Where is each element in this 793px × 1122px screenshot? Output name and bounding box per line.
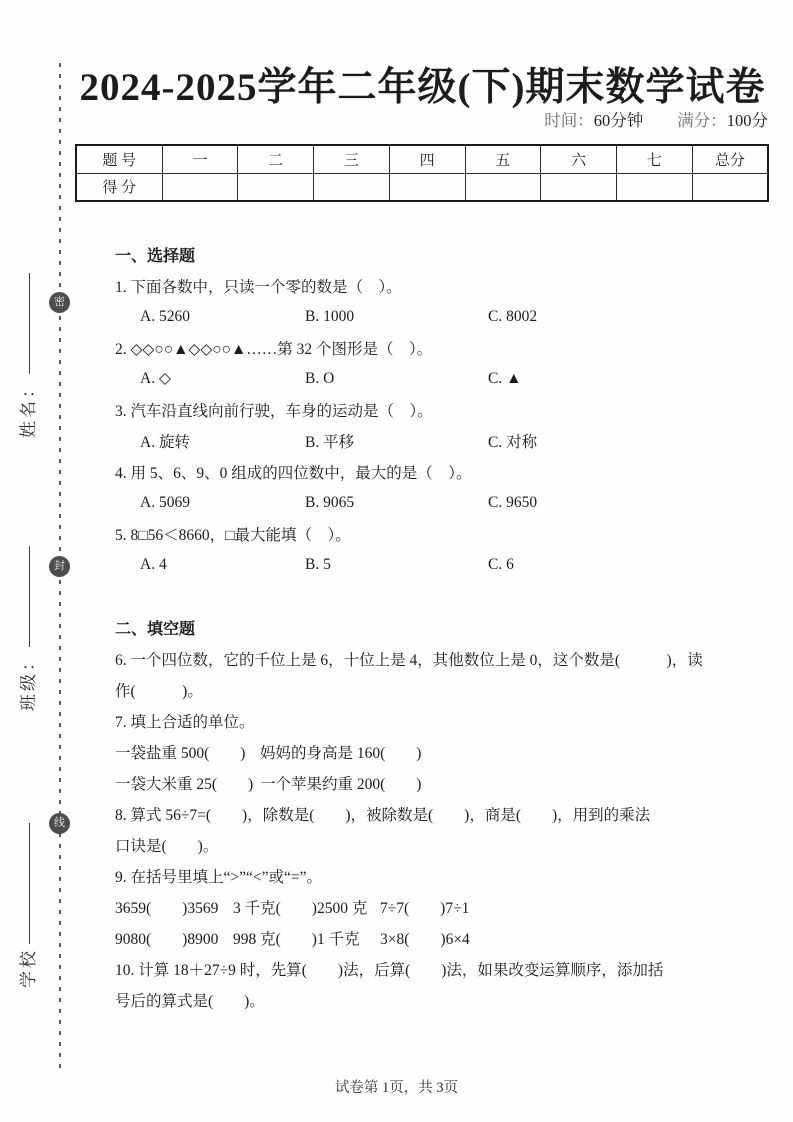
question-8-line2: 口诀是( )。 [115,829,767,860]
header-cell-3: 三 [314,145,390,173]
score-cell [314,173,390,201]
class-label-text: 班级： [14,651,39,711]
header-cell-5: 五 [465,145,541,173]
q2-option-b: B. O [305,370,488,388]
header-cell-question-number: 题 号 [76,145,162,173]
question-10-line1: 10. 计算 18＋27÷9 时，先算( )法，后算( )法，如果改变运算顺序，… [115,953,767,984]
q9-compare-4: 9080( )8900 [115,927,233,949]
question-8-line1: 8. 算式 56÷7=( )，除数是( )，被除数是( )，商是( )，用到的乘… [115,798,767,829]
question-3-text: 3. 汽车沿直线向前行驶，车身的运动是（ ）。 [115,394,767,425]
header-cell-4: 四 [389,145,465,173]
question-9-text: 9. 在括号里填上“>”“<”或“=”。 [115,860,767,891]
seal-char-mi: 密 [49,292,70,313]
question-2-text: 2. ◇◇○○▲◇◇○○▲……第 32 个图形是（ ）。 [115,332,767,363]
header-cell-2: 二 [238,145,314,173]
question-10-line2: 号后的算式是( )。 [115,984,767,1015]
exam-body: 一、选择题 1. 下面各数中，只读一个零的数是（ ）。 A. 5260 B. 1… [115,239,767,1015]
q9-compare-5: 998 克( )1 千克 [233,927,380,949]
school-label-text: 学校 [14,948,39,988]
score-cell [389,173,465,201]
full-score-label: 满分： [677,111,727,130]
q3-option-b: B. 平移 [305,430,488,452]
exam-meta: 时间：60分钟满分：100分 [544,107,768,131]
question-5-options: A. 4 B. 5 C. 6 [115,549,767,580]
score-cell [465,173,541,201]
q2-option-c: C. ▲ [488,370,521,388]
q1-option-c: C. 8002 [488,308,537,326]
score-cell [162,173,238,201]
question-5-text: 5. 8□56＜8660，□最大能填（ ）。 [115,518,767,549]
q3-option-c: C. 对称 [488,430,537,452]
section-spacer [115,580,767,612]
question-9-row2: 9080( )8900 998 克( )1 千克 3×8( )6×4 [115,922,767,953]
question-6-line2: 作( )。 [115,674,767,705]
q1-option-a: A. 5260 [140,308,305,326]
time-value: 60分钟 [594,111,644,130]
time-label: 时间： [544,111,594,130]
q9-compare-2: 3 千克( )2500 克 [233,896,380,918]
exam-paper-page: 密 封 线 姓名： 班级： 学校 2024-2025学年二年级(下)期末数学试卷… [0,0,793,1122]
question-4-options: A. 5069 B. 9065 C. 9650 [115,487,767,518]
seal-char-xian: 线 [49,813,70,834]
q7-height-blank: 妈妈的身高是 160( ) [260,741,421,763]
question-1-options: A. 5260 B. 1000 C. 8002 [115,301,767,332]
q4-option-a: A. 5069 [140,494,305,512]
question-3-options: A. 旋转 B. 平移 C. 对称 [115,425,767,456]
section-2-heading: 二、填空题 [115,612,767,643]
header-cell-6: 六 [541,145,617,173]
name-label-text: 姓名： [14,378,39,438]
score-label-cell: 得 分 [76,173,162,201]
score-cell [692,173,768,201]
q5-option-b: B. 5 [305,556,488,574]
question-2-options: A. ◇ B. O C. ▲ [115,363,767,394]
q2-option-a: A. ◇ [140,369,305,388]
question-4-text: 4. 用 5、6、9、0 组成的四位数中，最大的是（ ）。 [115,456,767,487]
class-label: 班级： [14,546,39,711]
q5-option-c: C. 6 [488,556,514,574]
header-cell-total: 总分 [692,145,768,173]
page-title: 2024-2025学年二年级(下)期末数学试卷 [75,56,770,112]
q7-apple-blank: 一个苹果约重 200( ) [260,772,421,794]
question-6-line1: 6. 一个四位数，它的千位上是 6，十位上是 4，其他数位上是 0，这个数是( … [115,643,767,674]
q9-compare-1: 3659( )3569 [115,896,233,918]
score-table-score-row: 得 分 [76,173,768,201]
q9-compare-3: 7÷7( )7÷1 [380,896,469,918]
q9-compare-6: 3×8( )6×4 [380,927,470,949]
header-cell-7: 七 [617,145,693,173]
score-cell [617,173,693,201]
section-1-heading: 一、选择题 [115,239,767,270]
q7-salt-blank: 一袋盐重 500( ) [115,741,260,763]
q1-option-b: B. 1000 [305,308,488,326]
question-9-row1: 3659( )3569 3 千克( )2500 克 7÷7( )7÷1 [115,891,767,922]
score-table: 题 号 一 二 三 四 五 六 七 总分 得 分 [75,144,769,202]
question-1-text: 1. 下面各数中，只读一个零的数是（ ）。 [115,270,767,301]
q5-option-a: A. 4 [140,556,305,574]
full-score-value: 100分 [727,111,768,130]
school-blank-line [29,823,30,944]
q4-option-c: C. 9650 [488,494,537,512]
seal-char-feng: 封 [49,556,70,577]
score-cell [541,173,617,201]
score-cell [238,173,314,201]
header-cell-1: 一 [162,145,238,173]
school-label: 学校 [14,823,39,988]
score-table-header-row: 题 号 一 二 三 四 五 六 七 总分 [76,145,768,173]
q4-option-b: B. 9065 [305,494,488,512]
question-7-row1: 一袋盐重 500( ) 妈妈的身高是 160( ) [115,736,767,767]
q7-rice-blank: 一袋大米重 25( ) [115,772,260,794]
question-7-text: 7. 填上合适的单位。 [115,705,767,736]
student-name-label: 姓名： [14,273,39,438]
class-blank-line [29,546,30,647]
question-7-row2: 一袋大米重 25( ) 一个苹果约重 200( ) [115,767,767,798]
name-blank-line [29,273,30,374]
page-footer: 试卷第 1页，共 3页 [0,1076,793,1097]
q3-option-a: A. 旋转 [140,430,305,452]
